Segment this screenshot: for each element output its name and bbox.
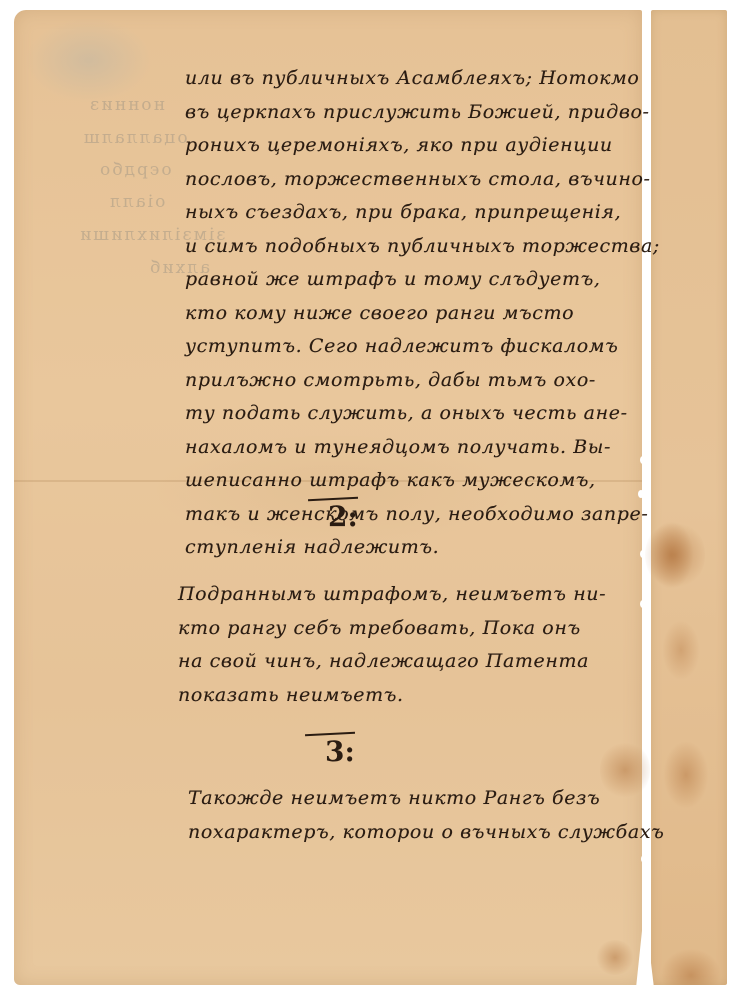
text-line: ту подать служить, а оныхъ честь ане- xyxy=(185,397,625,431)
text-line: похарактеръ, которои о въчныхъ службахъ xyxy=(188,816,628,850)
section-number-3: 3: xyxy=(325,735,355,768)
tear-hole xyxy=(640,600,646,608)
tear-hole xyxy=(641,855,647,863)
text-line: Подраннымъ штрафомъ, неимъетъ ни- xyxy=(178,578,618,612)
text-line: Такожде неимъетъ никто Рангъ безъ xyxy=(188,782,628,816)
text-line: нахаломъ и тунеядцомъ получать. Вы- xyxy=(185,431,625,465)
bleed-through-text: оцаллалш xyxy=(82,128,188,148)
text-line: показать неимъетъ. xyxy=(178,679,618,713)
paragraph-3: Такожде неимъетъ никто Рангъ безъ похара… xyxy=(188,782,628,849)
paragraph-1: или въ публичныхъ Асамблеяхъ; Нотокмо въ… xyxy=(185,62,625,565)
text-line: ступленія надлежитъ. xyxy=(185,531,625,565)
tear-hole xyxy=(638,490,644,498)
text-line: прилъжно смотрьть, дабы тьмъ охо- xyxy=(185,364,625,398)
text-line: пословъ, торжественныхъ стола, въчино- xyxy=(185,163,625,197)
bleed-through-text: оєрдбо xyxy=(98,160,172,180)
text-line: на свой чинъ, надлежащаго Патента xyxy=(178,645,618,679)
section-number-2: 2: xyxy=(328,500,358,533)
bleed-through-text: оіалл xyxy=(108,192,165,212)
text-line: равной же штрафъ и тому слъдуетъ, xyxy=(185,263,625,297)
water-stain xyxy=(645,520,705,590)
text-line: ронихъ церемоніяхъ, яко при аудіенции xyxy=(185,129,625,163)
tear-top xyxy=(642,10,651,90)
paragraph-2: Подраннымъ штрафомъ, неимъетъ ни- кто ра… xyxy=(178,578,618,712)
text-line: или въ публичныхъ Асамблеяхъ; Нотокмо xyxy=(185,62,625,96)
tear-hole xyxy=(640,456,646,464)
water-stain xyxy=(595,940,635,975)
text-line: шеписанно штрафъ какъ мужескомъ, xyxy=(185,464,625,498)
text-line: такъ и женскомъ полу, необходимо запре- xyxy=(185,498,625,532)
text-line: кто рангу себъ требовать, Пока онъ xyxy=(178,612,618,646)
text-line: ныхъ съездахъ, при брака, припрещенія, xyxy=(185,196,625,230)
text-line: въ церкпахъ прислужить Божией, придво- xyxy=(185,96,625,130)
text-line: кто кому ниже своего ранги мъсто xyxy=(185,297,625,331)
manuscript-scan: нонниз оцаллалш оєрдбо оіалл зімзілихлиш… xyxy=(0,0,732,1000)
text-line: и симъ подобныхъ публичныхъ торжества; xyxy=(185,230,625,264)
text-line: уступитъ. Сего надлежитъ фискаломъ xyxy=(185,330,625,364)
bleed-through-text: нонниз xyxy=(88,95,165,115)
